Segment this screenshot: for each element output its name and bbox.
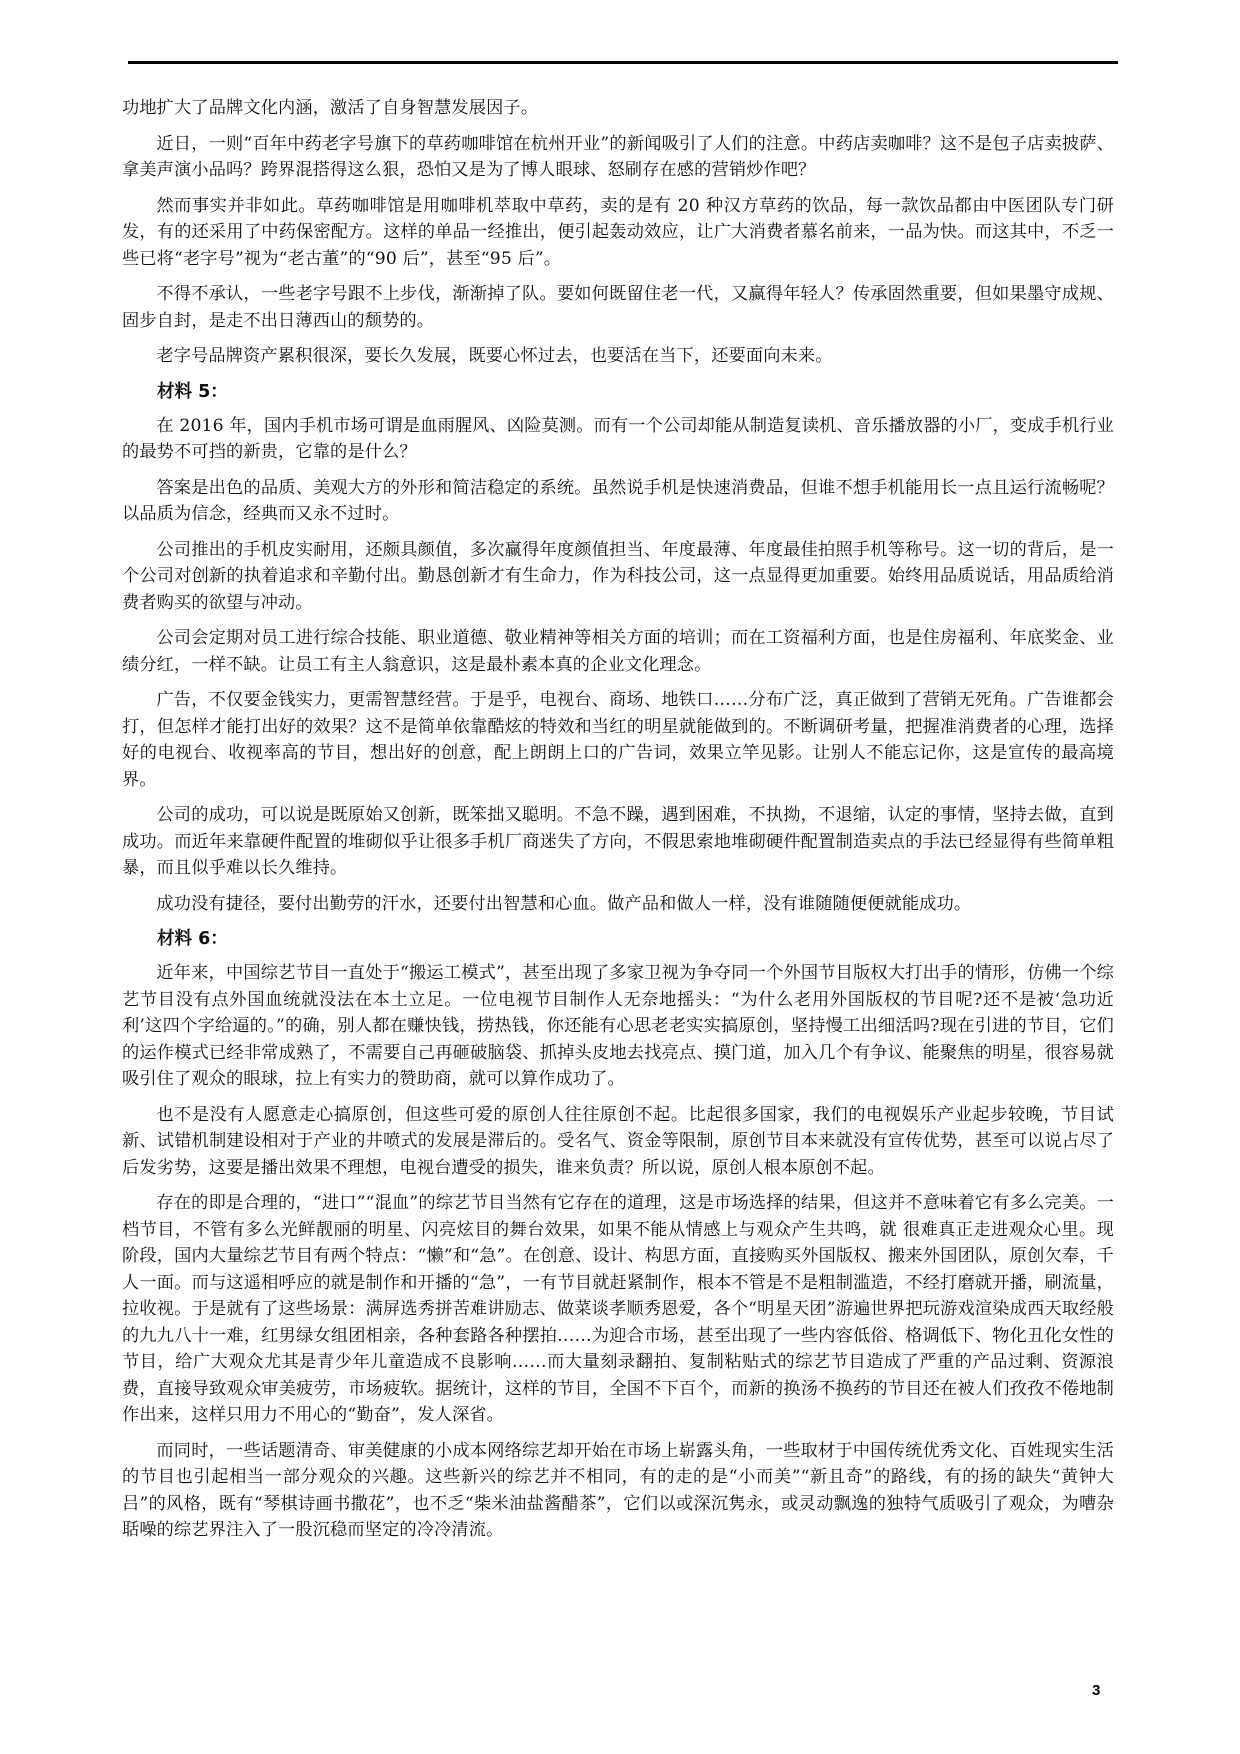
paragraph: 也不是没有人愿意走心搞原创，但这些可爱的原创人往往原创不起。比起很多国家，我们的… xyxy=(122,1102,1114,1182)
document-body: 功地扩大了品牌文化内涵，激活了自身智慧发展因子。 近日，一则“百年中药老字号旗下… xyxy=(122,95,1114,1553)
paragraph: 成功没有捷径，要付出勤劳的汗水，还要付出智慧和心血。做产品和做人一样，没有谁随随… xyxy=(122,891,1114,918)
paragraph: 公司会定期对员工进行综合技能、职业道德、敬业精神等相关方面的培训；而在工资福利方… xyxy=(122,625,1114,678)
section-heading-material-5: 材料 5： xyxy=(122,379,1114,405)
paragraph: 公司的成功，可以说是既原始又创新，既笨拙又聪明。不急不躁，遇到困难，不执拗，不退… xyxy=(122,802,1114,882)
paragraph: 近日，一则“百年中药老字号旗下的草药咖啡馆在杭州开业”的新闻吸引了人们的注意。中… xyxy=(122,131,1114,184)
paragraph: 近年来，中国综艺节目一直处于“搬运工模式”，甚至出现了多家卫视为争夺同一个外国节… xyxy=(122,960,1114,1093)
page-number: 3 xyxy=(1092,1682,1100,1699)
paragraph: 功地扩大了品牌文化内涵，激活了自身智慧发展因子。 xyxy=(122,95,1114,122)
paragraph: 而同时，一些话题清奇、审美健康的小成本网络综艺却开始在市场上崭露头角，一些取材于… xyxy=(122,1438,1114,1544)
section-heading-material-6: 材料 6： xyxy=(122,926,1114,952)
paragraph: 老字号品牌资产累积很深，要长久发展，既要心怀过去，也要活在当下，还要面向未来。 xyxy=(122,343,1114,370)
paragraph: 在 2016 年，国内手机市场可谓是血雨腥风、凶险莫测。而有一个公司却能从制造复… xyxy=(122,413,1114,466)
paragraph: 公司推出的手机皮实耐用，还颇具颜值，多次赢得年度颜值担当、年度最薄、年度最佳拍照… xyxy=(122,537,1114,617)
header-rule xyxy=(128,61,1118,64)
paragraph: 然而事实并非如此。草药咖啡馆是用咖啡机萃取中草药，卖的是有 20 种汉方草药的饮… xyxy=(122,193,1114,273)
paragraph: 存在的即是合理的，“进口”“混血”的综艺节目当然有它存在的道理，这是市场选择的结… xyxy=(122,1190,1114,1429)
paragraph: 不得不承认，一些老字号跟不上步伐，渐渐掉了队。要如何既留住老一代，又赢得年轻人？… xyxy=(122,281,1114,334)
paragraph: 答案是出色的品质、美观大方的外形和简洁稳定的系统。虽然说手机是快速消费品，但谁不… xyxy=(122,475,1114,528)
paragraph: 广告，不仅要金钱实力，更需智慧经营。于是乎，电视台、商场、地铁口……分布广泛，真… xyxy=(122,687,1114,793)
